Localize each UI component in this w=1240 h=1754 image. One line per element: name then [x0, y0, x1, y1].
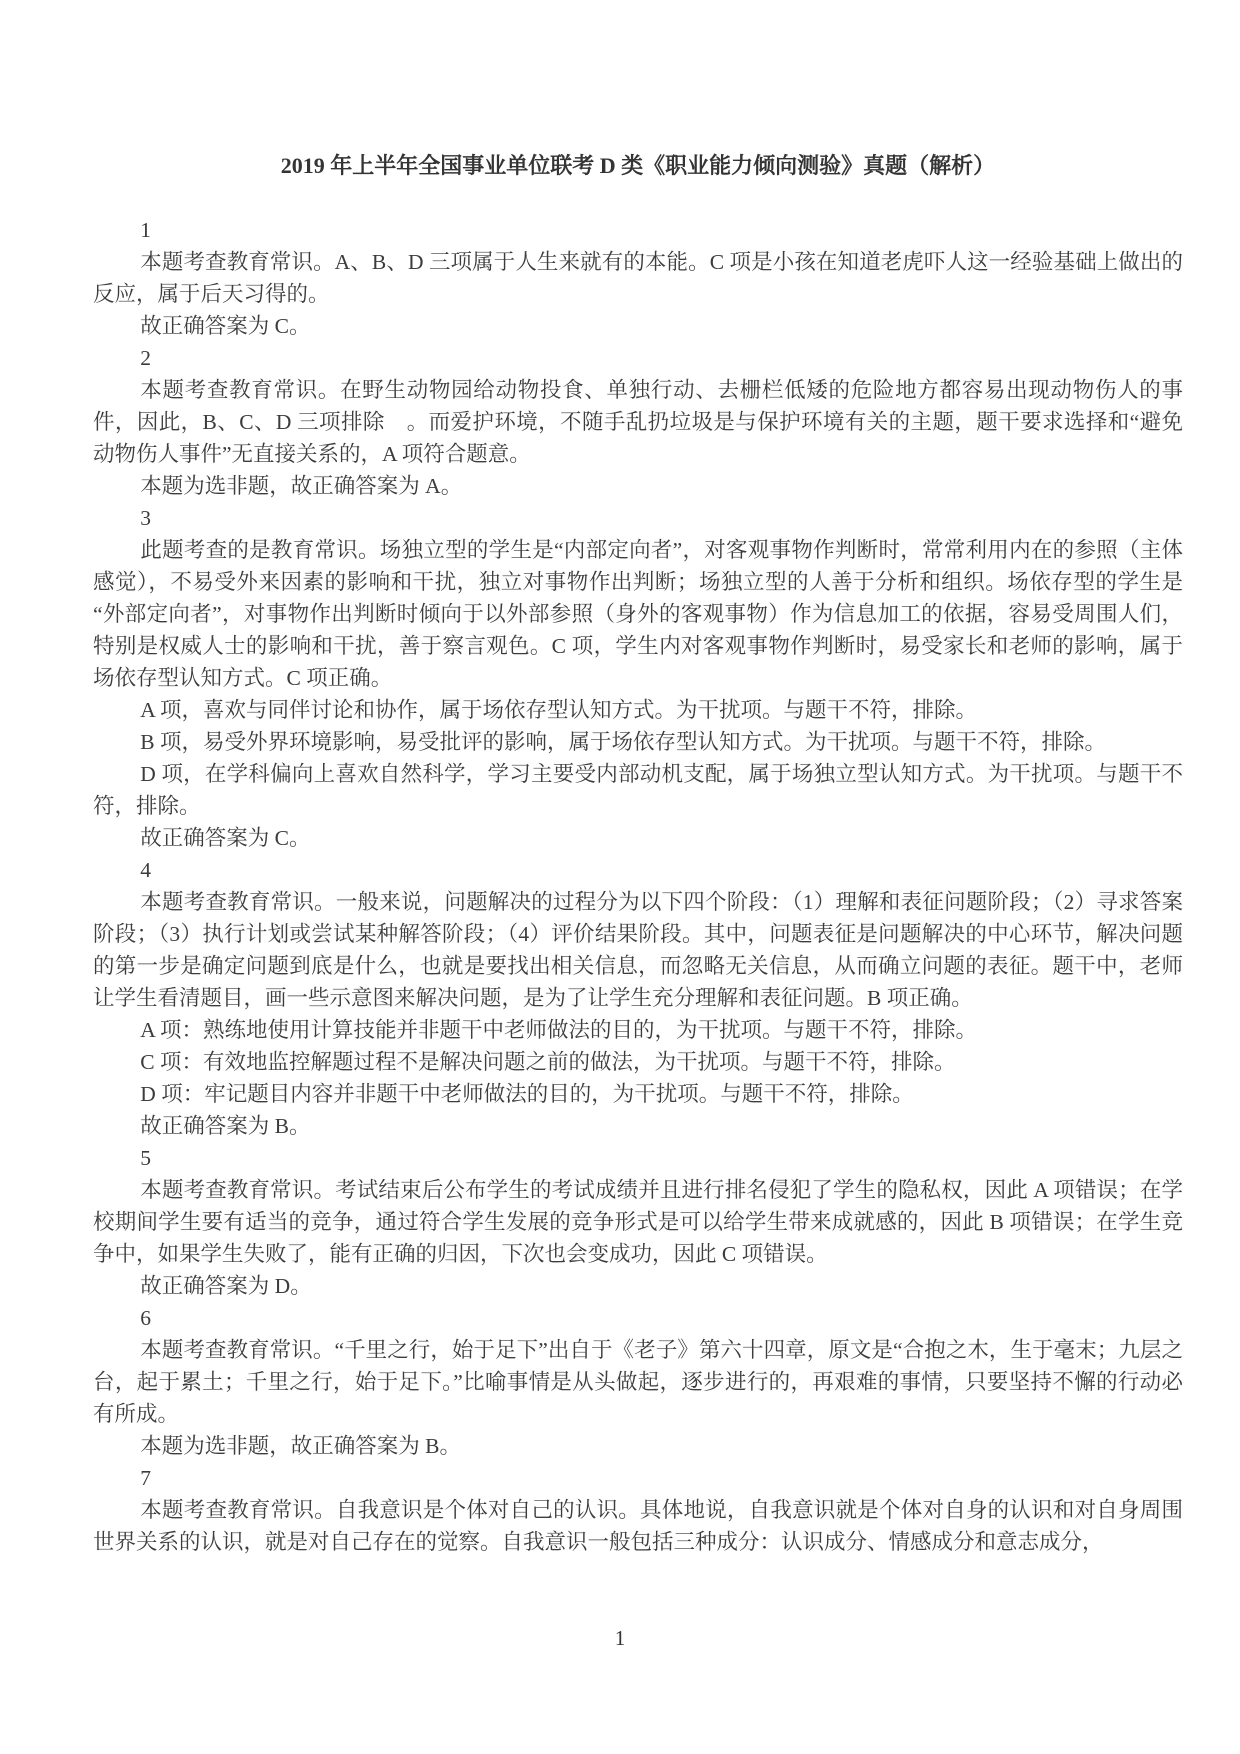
paragraph: A 项：熟练地使用计算技能并非题干中老师做法的目的，为干扰项。与题干不符，排除。 — [93, 1014, 1183, 1046]
section: 2本题考查教育常识。在野生动物园给动物投食、单独行动、去栅栏低矮的危险地方都容易… — [93, 342, 1183, 502]
section: 6本题考查教育常识。“千里之行，始于足下”出自于《老子》第六十四章，原文是“合抱… — [93, 1302, 1183, 1462]
paragraph: 本题考查教育常识。自我意识是个体对自己的认识。具体地说，自我意识就是个体对自身的… — [93, 1494, 1183, 1558]
section-number: 7 — [93, 1462, 1183, 1494]
document-content: 2019 年上半年全国事业单位联考 D 类《职业能力倾向测验》真题（解析） 1本… — [93, 150, 1183, 1558]
paragraph: 故正确答案为 D。 — [93, 1270, 1183, 1302]
paragraph: 此题考查的是教育常识。场独立型的学生是“内部定向者”，对客观事物作判断时，常常利… — [93, 534, 1183, 694]
section: 3此题考查的是教育常识。场独立型的学生是“内部定向者”，对客观事物作判断时，常常… — [93, 502, 1183, 854]
paragraph: 本题为选非题，故正确答案为 A。 — [93, 470, 1183, 502]
page-title: 2019 年上半年全国事业单位联考 D 类《职业能力倾向测验》真题（解析） — [93, 150, 1183, 182]
paragraph: D 项，在学科偏向上喜欢自然科学，学习主要受内部动机支配，属于场独立型认知方式。… — [93, 758, 1183, 822]
paragraph: 故正确答案为 B。 — [93, 1110, 1183, 1142]
document-page: 2019 年上半年全国事业单位联考 D 类《职业能力倾向测验》真题（解析） 1本… — [0, 0, 1240, 1754]
paragraph: A 项，喜欢与同伴讨论和协作，属于场依存型认知方式。为干扰项。与题干不符，排除。 — [93, 694, 1183, 726]
section: 4本题考查教育常识。一般来说，问题解决的过程分为以下四个阶段：（1）理解和表征问… — [93, 854, 1183, 1142]
section-number: 1 — [93, 214, 1183, 246]
section-number: 6 — [93, 1302, 1183, 1334]
paragraph: 本题考查教育常识。在野生动物园给动物投食、单独行动、去栅栏低矮的危险地方都容易出… — [93, 374, 1183, 470]
section: 5本题考查教育常识。考试结束后公布学生的考试成绩并且进行排名侵犯了学生的隐私权，… — [93, 1142, 1183, 1302]
section: 1本题考查教育常识。A、B、D 三项属于人生来就有的本能。C 项是小孩在知道老虎… — [93, 214, 1183, 342]
paragraph: 本题考查教育常识。A、B、D 三项属于人生来就有的本能。C 项是小孩在知道老虎吓… — [93, 246, 1183, 310]
paragraph: 本题为选非题，故正确答案为 B。 — [93, 1430, 1183, 1462]
section-number: 4 — [93, 854, 1183, 886]
paragraph: D 项：牢记题目内容并非题干中老师做法的目的，为干扰项。与题干不符，排除。 — [93, 1078, 1183, 1110]
paragraph: B 项，易受外界环境影响，易受批评的影响，属于场依存型认知方式。为干扰项。与题干… — [93, 726, 1183, 758]
paragraph: C 项：有效地监控解题过程不是解决问题之前的做法，为干扰项。与题干不符，排除。 — [93, 1046, 1183, 1078]
paragraph: 本题考查教育常识。“千里之行，始于足下”出自于《老子》第六十四章，原文是“合抱之… — [93, 1334, 1183, 1430]
section-number: 5 — [93, 1142, 1183, 1174]
document-body: 1本题考查教育常识。A、B、D 三项属于人生来就有的本能。C 项是小孩在知道老虎… — [93, 214, 1183, 1558]
section: 7本题考查教育常识。自我意识是个体对自己的认识。具体地说，自我意识就是个体对自身… — [93, 1462, 1183, 1558]
section-number: 3 — [93, 502, 1183, 534]
page-number: 1 — [0, 1626, 1240, 1651]
paragraph: 故正确答案为 C。 — [93, 822, 1183, 854]
paragraph: 本题考查教育常识。一般来说，问题解决的过程分为以下四个阶段：（1）理解和表征问题… — [93, 886, 1183, 1014]
paragraph: 本题考查教育常识。考试结束后公布学生的考试成绩并且进行排名侵犯了学生的隐私权，因… — [93, 1174, 1183, 1270]
section-number: 2 — [93, 342, 1183, 374]
paragraph: 故正确答案为 C。 — [93, 310, 1183, 342]
